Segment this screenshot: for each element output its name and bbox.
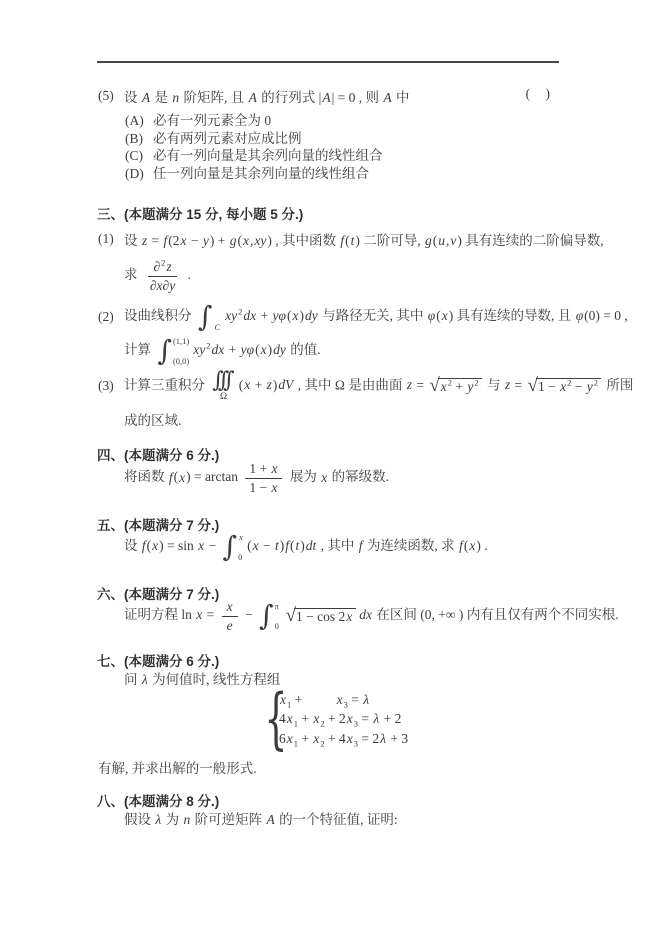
problem-7-outro-text: 有解, 并求出解的一般形式. [98, 757, 257, 777]
option-a-label: (A) [125, 112, 153, 130]
problem-3-3-number: (3) [98, 378, 124, 394]
system-row-2: 4x1 + x2 + 2x3 = λ + 2 [279, 709, 408, 728]
problem-3-2-number: (2) [98, 309, 124, 325]
problem-3-3-text-cont: 成的区域. [124, 409, 181, 429]
problem-6-text: 证明方程 ln x = xe − ∫π0√1 − cos 2xdx 在区间 (0… [124, 599, 619, 633]
problem-3-2-text: 设曲线积分 ∫Cxy2dx + yφ(x)dy 与路径无关, 其中 φ(x) 具… [124, 303, 628, 331]
problem-8-text: 假设 λ 为 n 阶可逆矩阵 A 的一个特征值, 证明: [124, 808, 398, 828]
option-c-label: (C) [125, 147, 153, 165]
option-b-text: 必有两列元素对应成比例 [153, 131, 302, 146]
option-d-label: (D) [125, 165, 153, 183]
question-5-number: (5) [98, 88, 124, 104]
problem-4-text: 将函数 f(x) = arctan 1 + x1 − x 展为 x 的幂级数. [124, 461, 389, 495]
option-a-text: 必有一列元素全为 0 [153, 113, 271, 128]
problem-3-1-text: 设 z = f(2x − y) + g(x,xy) , 其中函数 f(t) 二阶… [124, 229, 604, 249]
problem-7-intro-text: 问 λ 为何值时, 线性方程组 [124, 668, 280, 688]
problem-4-body: 将函数 f(x) = arctan 1 + x1 − x 展为 x 的幂级数. [124, 460, 389, 497]
option-b: (B)必有两列元素对应成比例 [125, 130, 383, 148]
system-brace: { [264, 690, 272, 748]
system-row-3: 6x1 + x2 + 4x3 = 2λ + 3 [279, 729, 408, 748]
section-5-heading: 五、(本题满分 7 分.) [97, 514, 219, 534]
problem-3-1-line-1: (1) 设 z = f(2x − y) + g(x,xy) , 其中函数 f(t… [98, 229, 604, 248]
option-d-text: 任一列向量是其余列向量的线性组合 [153, 166, 369, 181]
system-row-1: x1 + x3 = λ [279, 690, 408, 709]
problem-3-2-line-1: (2) 设曲线积分 ∫Cxy2dx + yφ(x)dy 与路径无关, 其中 φ(… [98, 302, 628, 332]
top-divider [97, 61, 559, 63]
question-5-options: (A)必有一列元素全为 0 (B)必有两列元素对应成比例 (C)必有一列向量是其… [125, 112, 383, 182]
answer-blank: ( ) [526, 86, 556, 102]
problem-7-intro: 问 λ 为何值时, 线性方程组 [124, 668, 280, 687]
problem-3-3-line-1: (3) 计算三重积分 ∫∫∫Ω(x + z)dV , 其中 Ω 是由曲面 z =… [98, 370, 633, 402]
problem-3-3-line-2: 成的区域. [124, 409, 181, 428]
option-a: (A)必有一列元素全为 0 [125, 112, 383, 130]
problem-3-2-line-2: 计算 ∫(1,1)(0,0)xy2dx + yφ(x)dy 的值. [124, 336, 321, 366]
problem-3-1-line-2: 求 ∂2z∂x∂y . [124, 254, 191, 298]
problem-3-1-formula: 求 ∂2z∂x∂y . [124, 259, 191, 293]
option-c-text: 必有一列向量是其余列向量的线性组合 [153, 148, 383, 163]
question-5-stem: 设 A 是 n 阶矩阵, 且 A 的行列式 |A| = 0 , 则 A 中 [124, 86, 410, 106]
problem-8-body: 假设 λ 为 n 阶可逆矩阵 A 的一个特征值, 证明: [124, 808, 398, 827]
problem-3-3-text: 计算三重积分 ∫∫∫Ω(x + z)dV , 其中 Ω 是由曲面 z = √x2… [124, 370, 633, 403]
option-b-label: (B) [125, 130, 153, 148]
problem-5-body: 设 f(x) = sin x − ∫x0(x − t)f(t)dt , 其中 f… [124, 533, 488, 561]
question-5: (5) 设 A 是 n 阶矩阵, 且 A 的行列式 |A| = 0 , 则 A … [98, 86, 556, 105]
section-3-heading: 三、(本题满分 15 分, 每小题 5 分.) [97, 203, 303, 223]
problem-3-1-number: (1) [98, 231, 124, 247]
problem-3-2-formula: 计算 ∫(1,1)(0,0)xy2dx + yφ(x)dy 的值. [124, 337, 321, 365]
option-d: (D)任一列向量是其余列向量的线性组合 [125, 165, 383, 183]
problem-6-body: 证明方程 ln x = xe − ∫π0√1 − cos 2xdx 在区间 (0… [124, 600, 619, 632]
exam-page: (5) 设 A 是 n 阶矩阵, 且 A 的行列式 |A| = 0 , 则 A … [0, 0, 660, 933]
equation-system: { x1 + x3 = λ 4x1 + x2 + 2x3 = λ + 2 6x1… [261, 690, 408, 748]
system-rows: x1 + x3 = λ 4x1 + x2 + 2x3 = λ + 2 6x1 +… [279, 690, 408, 748]
problem-7-outro: 有解, 并求出解的一般形式. [98, 757, 257, 776]
option-c: (C)必有一列向量是其余列向量的线性组合 [125, 147, 383, 165]
problem-5-text: 设 f(x) = sin x − ∫x0(x − t)f(t)dt , 其中 f… [124, 533, 488, 561]
